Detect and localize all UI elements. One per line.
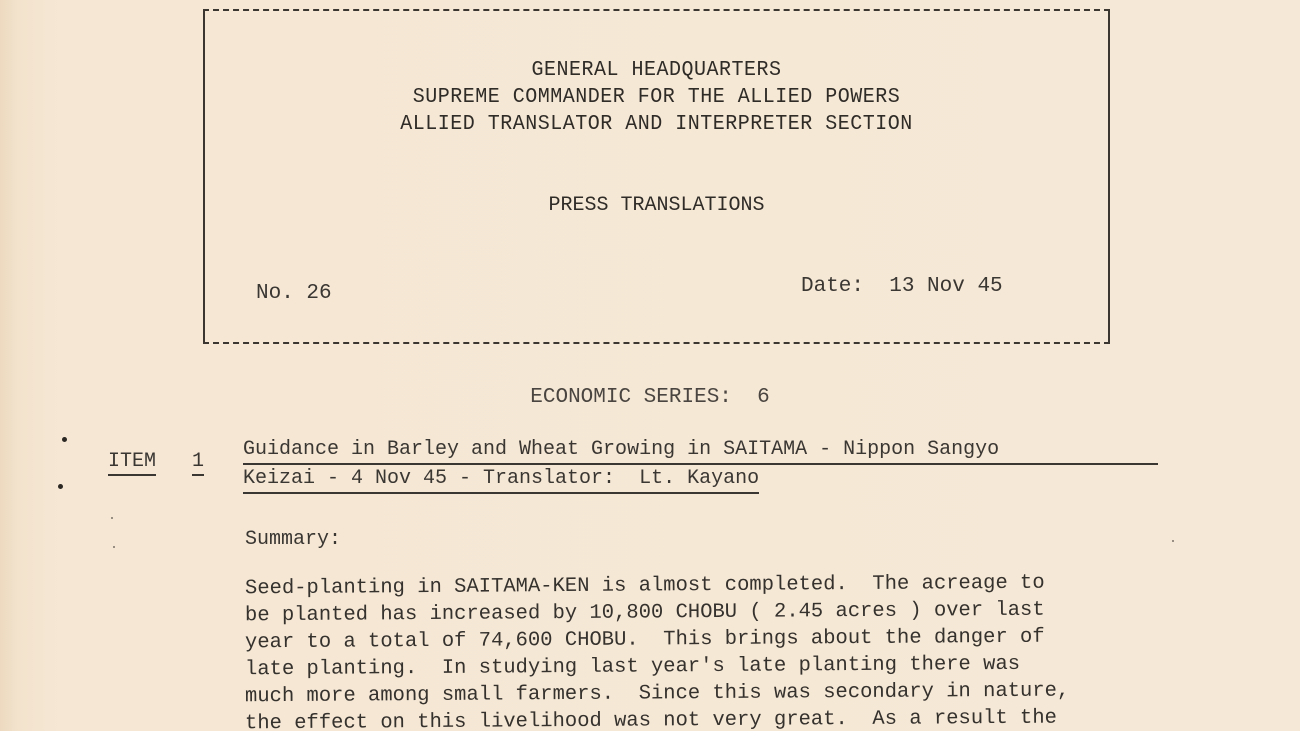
publication-title: PRESS TRANSLATIONS <box>205 194 1108 217</box>
scanned-document-page: GENERAL HEADQUARTERS SUPREME COMMANDER F… <box>0 0 1300 731</box>
item-title-line-2: Keizai - 4 Nov 45 - Translator: Lt. Kaya… <box>243 467 759 494</box>
ink-mark <box>62 437 67 442</box>
org-line-supreme-commander: SUPREME COMMANDER FOR THE ALLIED POWERS <box>205 85 1108 109</box>
series-number: 6 <box>757 386 770 409</box>
item-label: ITEM 1 <box>108 450 204 473</box>
issue-number: No. 26 <box>256 282 332 305</box>
org-line-general-headquarters: GENERAL HEADQUARTERS <box>205 58 1108 82</box>
item-title: Guidance in Barley and Wheat Growing in … <box>243 438 1158 494</box>
date-value: 13 Nov 45 <box>889 275 1002 298</box>
item-number: 1 <box>192 450 204 476</box>
series-heading: ECONOMIC SERIES: 6 <box>0 386 1300 409</box>
item-word: ITEM <box>108 450 156 476</box>
item-title-line-1: Guidance in Barley and Wheat Growing in … <box>243 438 1158 465</box>
date-label: Date: <box>801 275 864 298</box>
summary-paragraph: Seed-planting in SAITAMA-KEN is almost c… <box>245 572 1185 731</box>
ink-mark <box>58 484 63 489</box>
series-label: ECONOMIC SERIES: <box>530 386 732 409</box>
speck-mark <box>111 517 113 519</box>
issue-date: Date: 13 Nov 45 <box>801 275 1003 298</box>
summary-label: Summary: <box>245 528 341 551</box>
speck-mark <box>113 546 115 548</box>
header-box: GENERAL HEADQUARTERS SUPREME COMMANDER F… <box>203 9 1110 344</box>
org-line-translator-section: ALLIED TRANSLATOR AND INTERPRETER SECTIO… <box>205 112 1108 136</box>
speck-mark <box>1172 540 1174 542</box>
